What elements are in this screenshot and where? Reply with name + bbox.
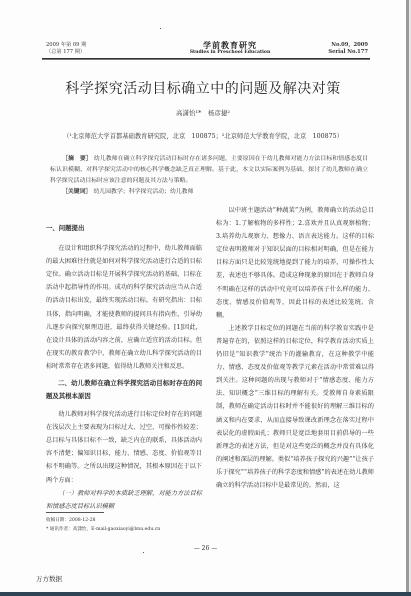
serial-line: （总第 177 期） xyxy=(46,49,86,56)
subsection-heading-1: （一）教师对科学的本质缺乏理解，对能力方法目标和情感态度目标认识模糊 xyxy=(46,487,202,513)
author-affiliation: （¹北京师范大学首都基础教育研究院，北京 100875；²北京师范大学教育学院，… xyxy=(0,131,406,140)
journal-issue-info: 2009 年第 09 期 （总第 177 期） xyxy=(46,42,86,56)
left-column: 一、问题提出 在设计和组织科学探究活动的过程中，幼儿教师面临的最大困难往往就是如… xyxy=(46,218,202,513)
corresponding-author: * 通讯作者：高潇怡，E-mail:gaoxiaoyi@bnu.edu.cn xyxy=(46,525,160,534)
footnote-rule xyxy=(46,512,104,513)
watermark: 万方数据 xyxy=(36,574,62,583)
scan-speck xyxy=(160,28,161,29)
section2-paragraph: 幼儿教师对科学探究活动进行目标定位时存在的问题在浅层次上主要表现为目标过大、过空… xyxy=(46,408,202,487)
scan-speck xyxy=(143,552,144,553)
journal-name: 学前教育研究 Studies in Preschool Education xyxy=(150,41,310,56)
page-number: — 26 — xyxy=(0,545,411,552)
keywords: ［关键词］ 幼儿园教学；科学探究活动；幼儿教师 xyxy=(62,186,193,195)
abstract-text: 幼儿教师在确立科学探究活动目标时存在诸多问题，主要原因在于幼儿教师对能力方法目标… xyxy=(50,156,368,184)
journal-name-cn: 学前教育研究 xyxy=(150,41,310,50)
abstract-label: ［摘 要］ xyxy=(62,155,92,162)
article-title: 科学探究活动目标确立中的问题及解决对策 xyxy=(0,78,406,98)
journal-number-info: No.09，2009 Serial No.177 xyxy=(328,42,368,56)
section-heading-2: 二、幼儿教师在确立科学探究活动目标时存在的问题及其根本原因 xyxy=(46,377,202,403)
viewer-bottom-bar xyxy=(0,592,411,596)
document-page: 2009 年第 09 期 （总第 177 期） 学前教育研究 Studies i… xyxy=(0,0,406,592)
header-rule xyxy=(42,58,370,60)
right-paragraph-2: 上述教学目标定位的问题在当前的科学教育实践中是普遍存在的，依照这样的目标定位，科… xyxy=(216,322,374,492)
abstract: ［摘 要］ 幼儿教师在确立科学探究活动目标时存在诸多问题，主要原因在于幼儿教师对… xyxy=(50,153,368,187)
right-column: 以中班主题活动“种蔬菜”为例，教师确立的活动总目标为：1.了解植物的多样性；2.… xyxy=(216,204,374,492)
serial-number-line: Serial No.177 xyxy=(328,49,368,56)
journal-name-en: Studies in Preschool Education xyxy=(150,50,310,56)
issue-line: 2009 年第 09 期 xyxy=(46,42,86,49)
article-authors: 高潇怡¹* 杨彦捷² xyxy=(0,108,406,117)
footnotes: 收稿日期：2008-12-28 * 通讯作者：高潇怡，E-mail:gaoxia… xyxy=(46,516,160,534)
keywords-text: 幼儿园教学；科学探究活动；幼儿教师 xyxy=(93,189,193,195)
received-date: 收稿日期：2008-12-28 xyxy=(46,516,160,525)
section1-paragraph: 在设计和组织科学探究活动的过程中，幼儿教师面临的最大困难往往就是如何对科学探究活… xyxy=(46,242,202,373)
right-paragraph-1: 以中班主题活动“种蔬菜”为例，教师确立的活动总目标为：1.了解植物的多样性；2.… xyxy=(216,204,374,322)
keywords-label: ［关键词］ xyxy=(62,188,91,195)
section-heading-1: 一、问题提出 xyxy=(46,222,202,235)
number-line: No.09，2009 xyxy=(328,42,368,49)
